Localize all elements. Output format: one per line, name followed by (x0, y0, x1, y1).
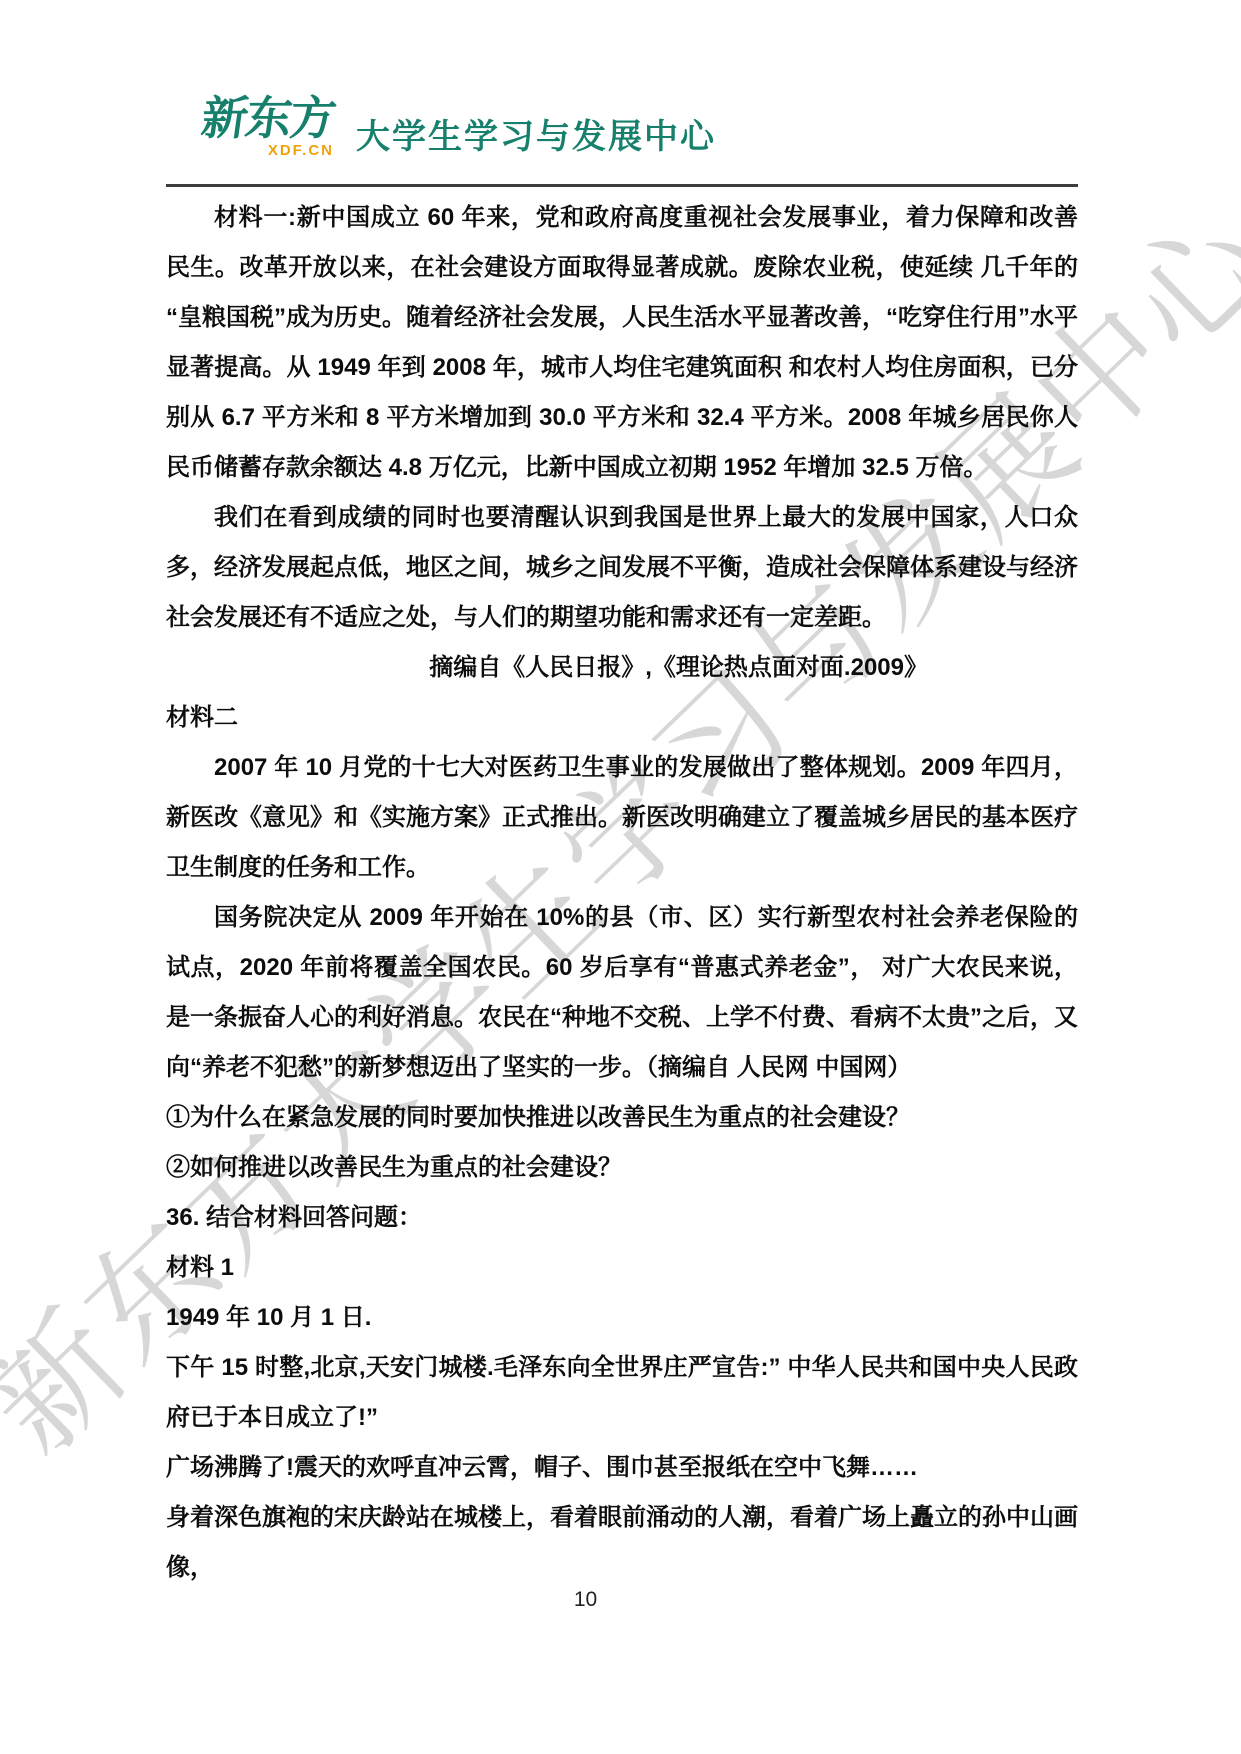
center-title: 大学生学习与发展中心 (356, 109, 716, 158)
question-one-line: ①为什么在紧急发展的同时要加快推进以改善民生为重点的社会建设？ (166, 1093, 1078, 1143)
paragraph-proclamation: 下午 15 时整,北京,天安门城楼.毛泽东向全世界庄严宣告:” 中华人民共和国中… (166, 1343, 1078, 1443)
question-two-line: ②如何推进以改善民生为重点的社会建设？ (166, 1143, 1078, 1193)
logo-domain-text: XDF.CN (202, 143, 334, 158)
paragraph-achievements-caveat: 我们在看到成绩的同时也要清醒认识到我国是世界上最大的发展中国家，人口众多，经济发… (166, 493, 1078, 643)
paragraph-medical-reform: 2007 年 10 月党的十七大对医药卫生事业的发展做出了整体规划。2009 年… (166, 743, 1078, 893)
question-36-heading: 36. 结合材料回答问题： (166, 1193, 1078, 1243)
paragraph-square-celebration: 广场沸腾了!震天的欢呼直冲云霄，帽子、围巾甚至报纸在空中飞舞…… (166, 1443, 1078, 1493)
content-column: 新东方 XDF.CN 大学生学习与发展中心 材料一:新中国成立 60 年来，党和… (166, 0, 1078, 1593)
paragraph-material-one: 材料一:新中国成立 60 年来，党和政府高度重视社会发展事业，着力保障和改善民生… (166, 193, 1078, 493)
paragraph-rural-pension: 国务院决定从 2009 年开始在 10%的县（市、区）实行新型农村社会养老保险的… (166, 893, 1078, 1093)
heading-material-1: 材料 1 (166, 1243, 1078, 1293)
page-footer: 10 (0, 1588, 1241, 1612)
page-number: 10 (574, 1588, 597, 1611)
xdf-logo: 新东方 XDF.CN (202, 95, 334, 158)
page-header: 新东方 XDF.CN 大学生学习与发展中心 (166, 95, 1078, 187)
logo-brand-text: 新东方 (199, 95, 337, 141)
date-line-1949: 1949 年 10 月 1 日. (166, 1293, 1078, 1343)
paragraph-song-qingling: 身着深色旗袍的宋庆龄站在城楼上，看着眼前涌动的人潮，看着广场上矗立的孙中山画像， (166, 1493, 1078, 1593)
document-body: 材料一:新中国成立 60 年来，党和政府高度重视社会发展事业，着力保障和改善民生… (166, 193, 1078, 1593)
document-page: 新东方大学生学习与发展中心 新东方 XDF.CN 大学生学习与发展中心 材料一:… (0, 0, 1241, 1754)
heading-material-two: 材料二 (166, 693, 1078, 743)
source-attribution-line: 摘编自《人民日报》,《理论热点面对面.2009》 (166, 643, 1078, 693)
